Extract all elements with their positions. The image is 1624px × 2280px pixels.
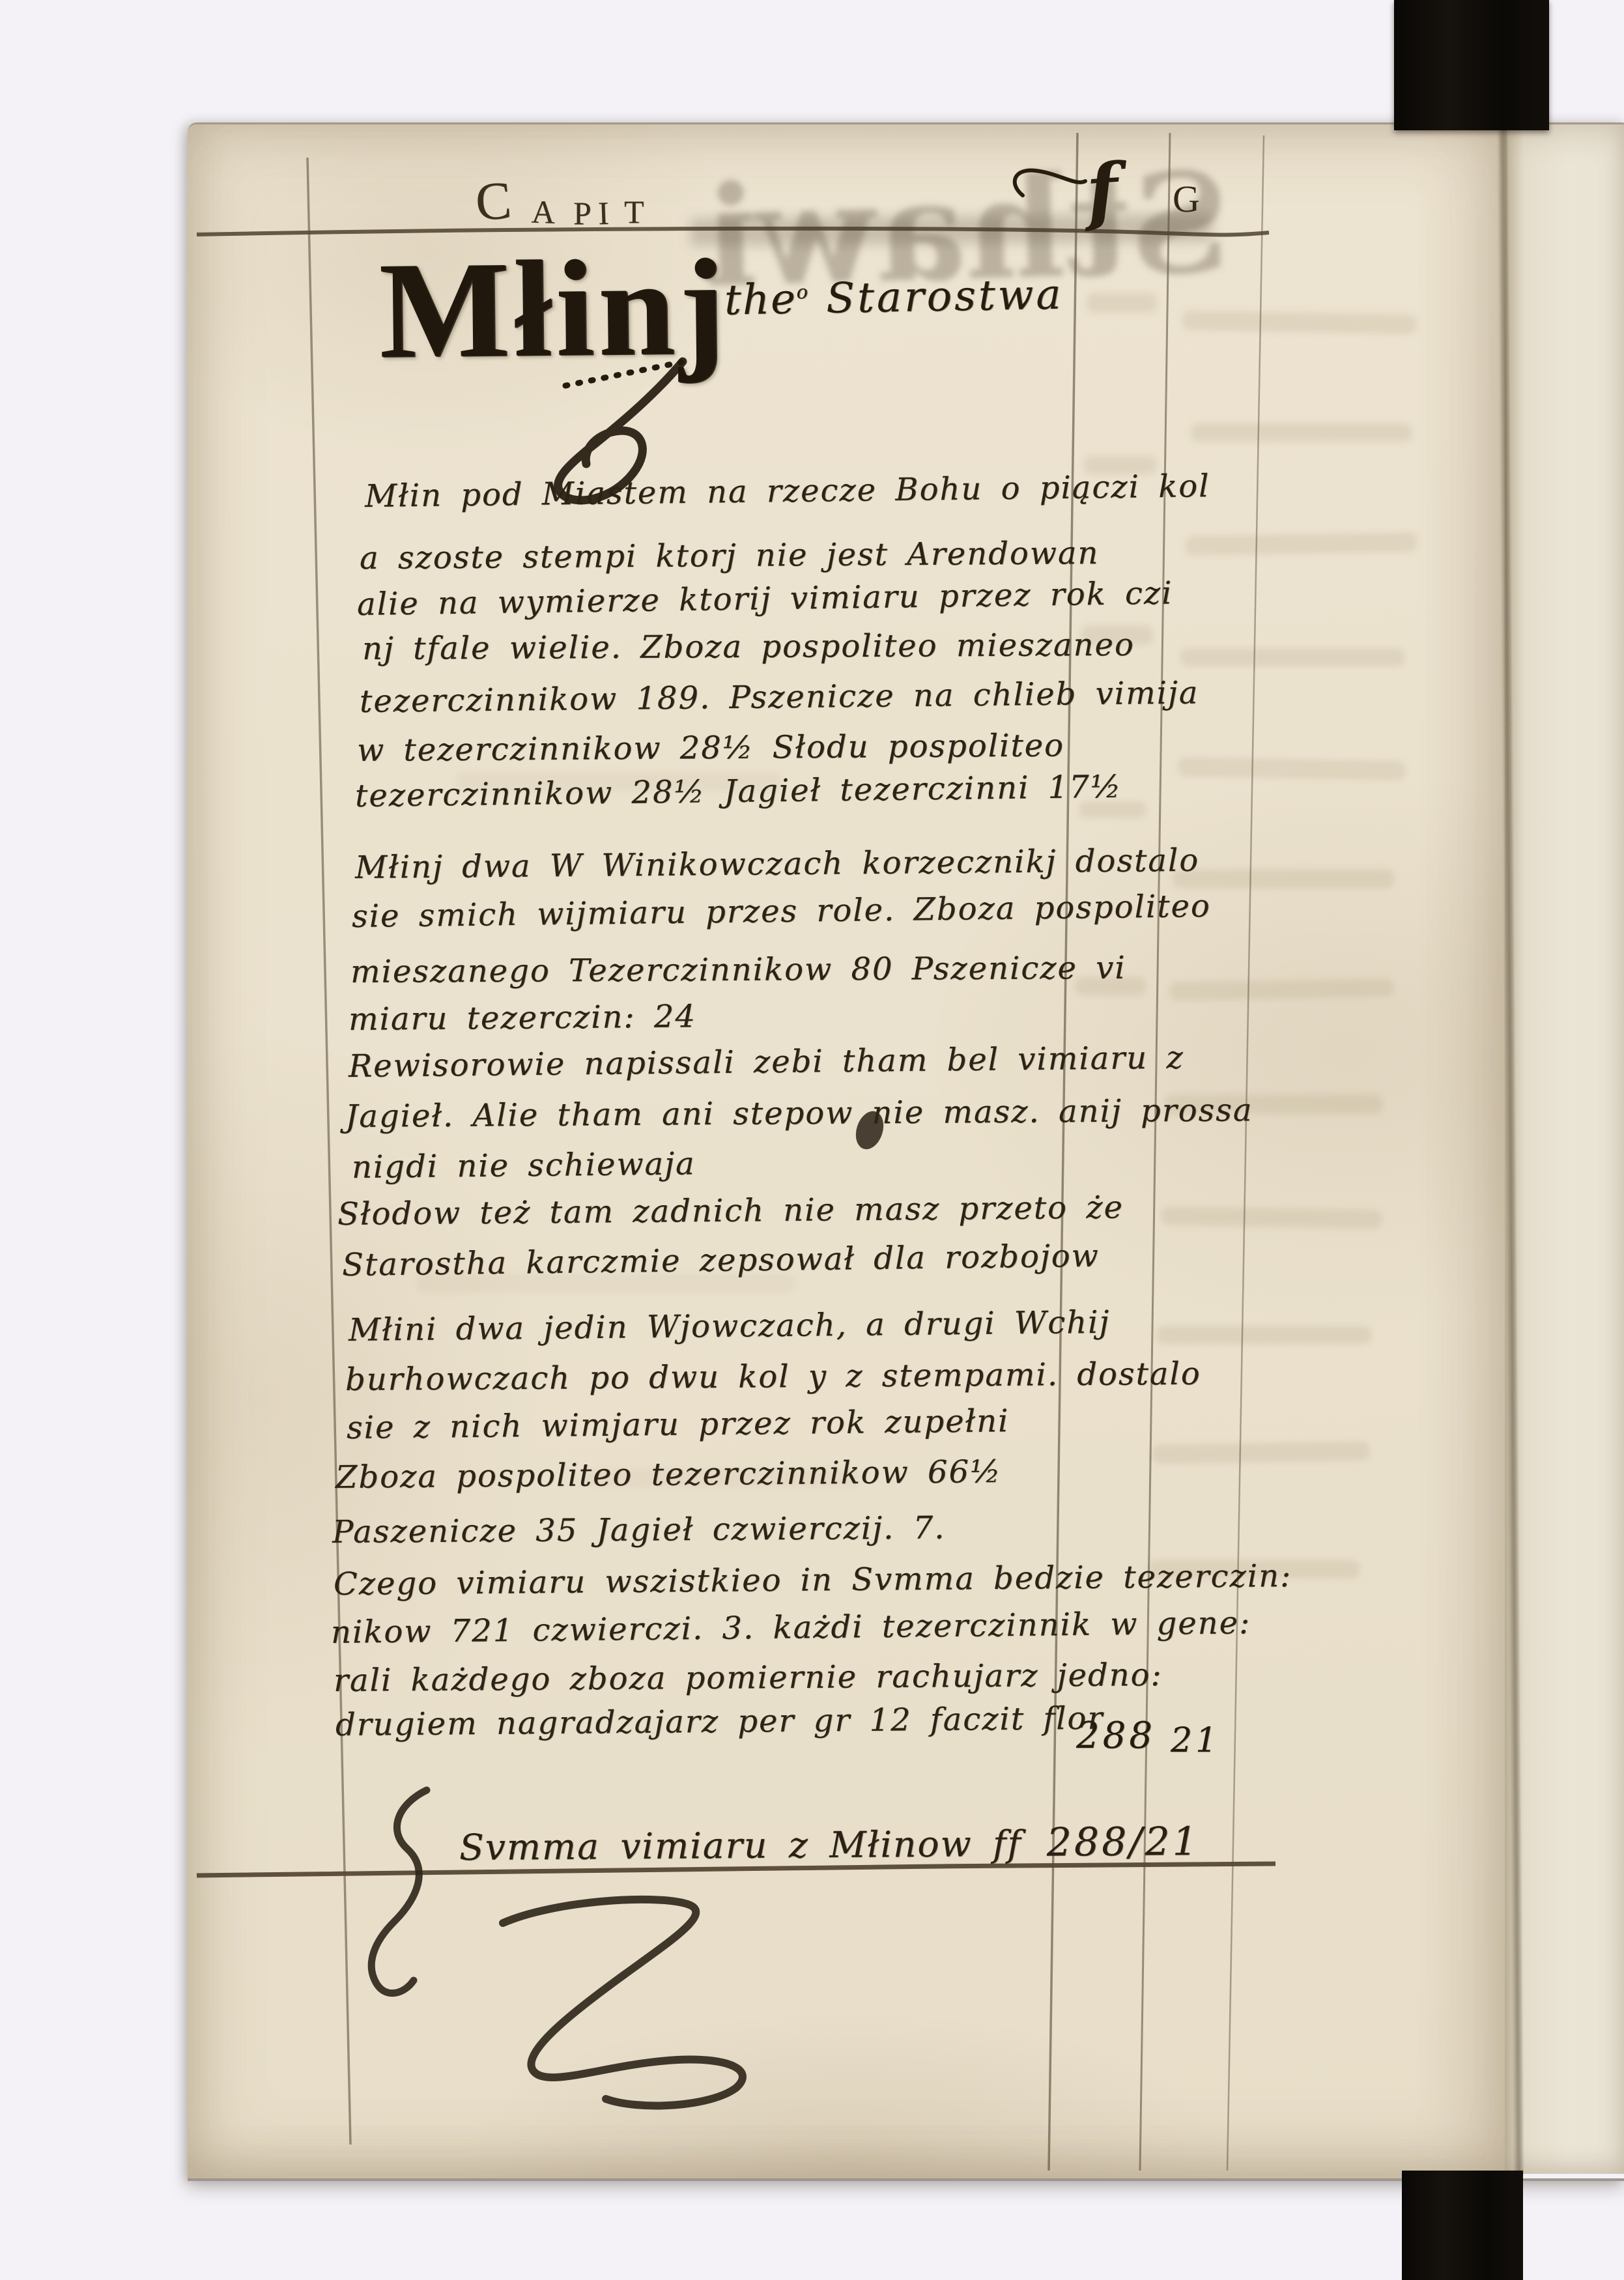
showthrough-stripe: [1161, 1206, 1382, 1229]
manuscript-line: sie z nich wimjaru przez rok zupełni: [347, 1403, 1010, 1446]
title-suffix: theoStarostwa: [724, 270, 1064, 324]
manuscript-line: burhowczach po dwu kol y z stempami. dos…: [345, 1356, 1201, 1398]
showthrough-stripe: [1173, 870, 1394, 888]
summary-label: Svmma vimiaru z Młinow ff: [459, 1823, 1022, 1868]
manuscript-line: Paszenicze 35 Jagieł czwierczij. 7.: [332, 1509, 946, 1550]
folio-mark: f: [1083, 147, 1120, 235]
total-florins: 288: [1076, 1715, 1156, 1757]
header-letter: I: [597, 194, 610, 233]
page-title: Młinj: [378, 227, 730, 390]
title-suffix-word: the: [724, 276, 797, 325]
showthrough-smudge: [691, 214, 1212, 246]
showthrough-stripe: [1169, 978, 1394, 1001]
binding-strap-top: [1394, 0, 1549, 130]
showthrough-stripe: [1178, 757, 1406, 780]
manuscript-scan: Sthawi C A P I T f G Młinj theoStaro: [0, 0, 1624, 2280]
showthrough-stripe: [1156, 1326, 1371, 1344]
header-letter: A: [531, 192, 556, 231]
showthrough-stripe: [1180, 648, 1405, 666]
manuscript-line: nj tfale wielie. Zboza pospoliteo miesza…: [362, 627, 1135, 667]
manuscript-line: nigdi nie schiewaja: [352, 1145, 696, 1186]
title-rest: Starostwa: [826, 270, 1064, 322]
showthrough-stripe: [1182, 311, 1417, 334]
manuscript-line: rali każdego zboza pomiernie rachujarz j…: [334, 1657, 1163, 1699]
gathering-mark: G: [1173, 177, 1200, 221]
showthrough-stripe: [1186, 532, 1417, 556]
manuscript-line: Słodow też tam zadnich nie masz przeto ż…: [337, 1189, 1124, 1233]
manuscript-line: Młinj dwa W Winikowczach korzecznikj dos…: [355, 842, 1200, 886]
header-letter: T: [624, 193, 644, 231]
title-suffix-sup: o: [796, 281, 809, 303]
showthrough-stripe: [1191, 423, 1412, 442]
manuscript-line: Jagieł. Alie tham ani stepow nie masz. a…: [345, 1092, 1253, 1135]
manuscript-line: a szoste stempi ktorj nie jest Arendowan: [360, 535, 1100, 577]
total-groszy: 21: [1171, 1721, 1220, 1760]
page-under-leaf: [1505, 124, 1624, 2174]
manuscript-line: drugiem nagradzajarz per gr 12 faczit fl…: [335, 1700, 1104, 1743]
header-letter: P: [573, 194, 591, 232]
showthrough-stripe: [1152, 1441, 1370, 1464]
header-letter: C: [474, 169, 513, 233]
manuscript-line: mieszanego Tezerczinnikow 80 Pszenicze v…: [350, 950, 1126, 990]
summary-line: Svmma vimiaru z Młinow ff288/21: [459, 1819, 1200, 1870]
binding-strap-bottom: [1402, 2171, 1523, 2280]
manuscript-line: w tezerczinnikow 28½ Słodu pospoliteo: [357, 727, 1064, 769]
showthrough-stripe: [1087, 293, 1157, 313]
manuscript-line: miaru tezerczin: 24: [349, 998, 696, 1038]
summary-value: 288/21: [1046, 1819, 1200, 1866]
manuscript-line: Zboza pospoliteo tezerczinnikow 66½: [335, 1453, 1002, 1496]
